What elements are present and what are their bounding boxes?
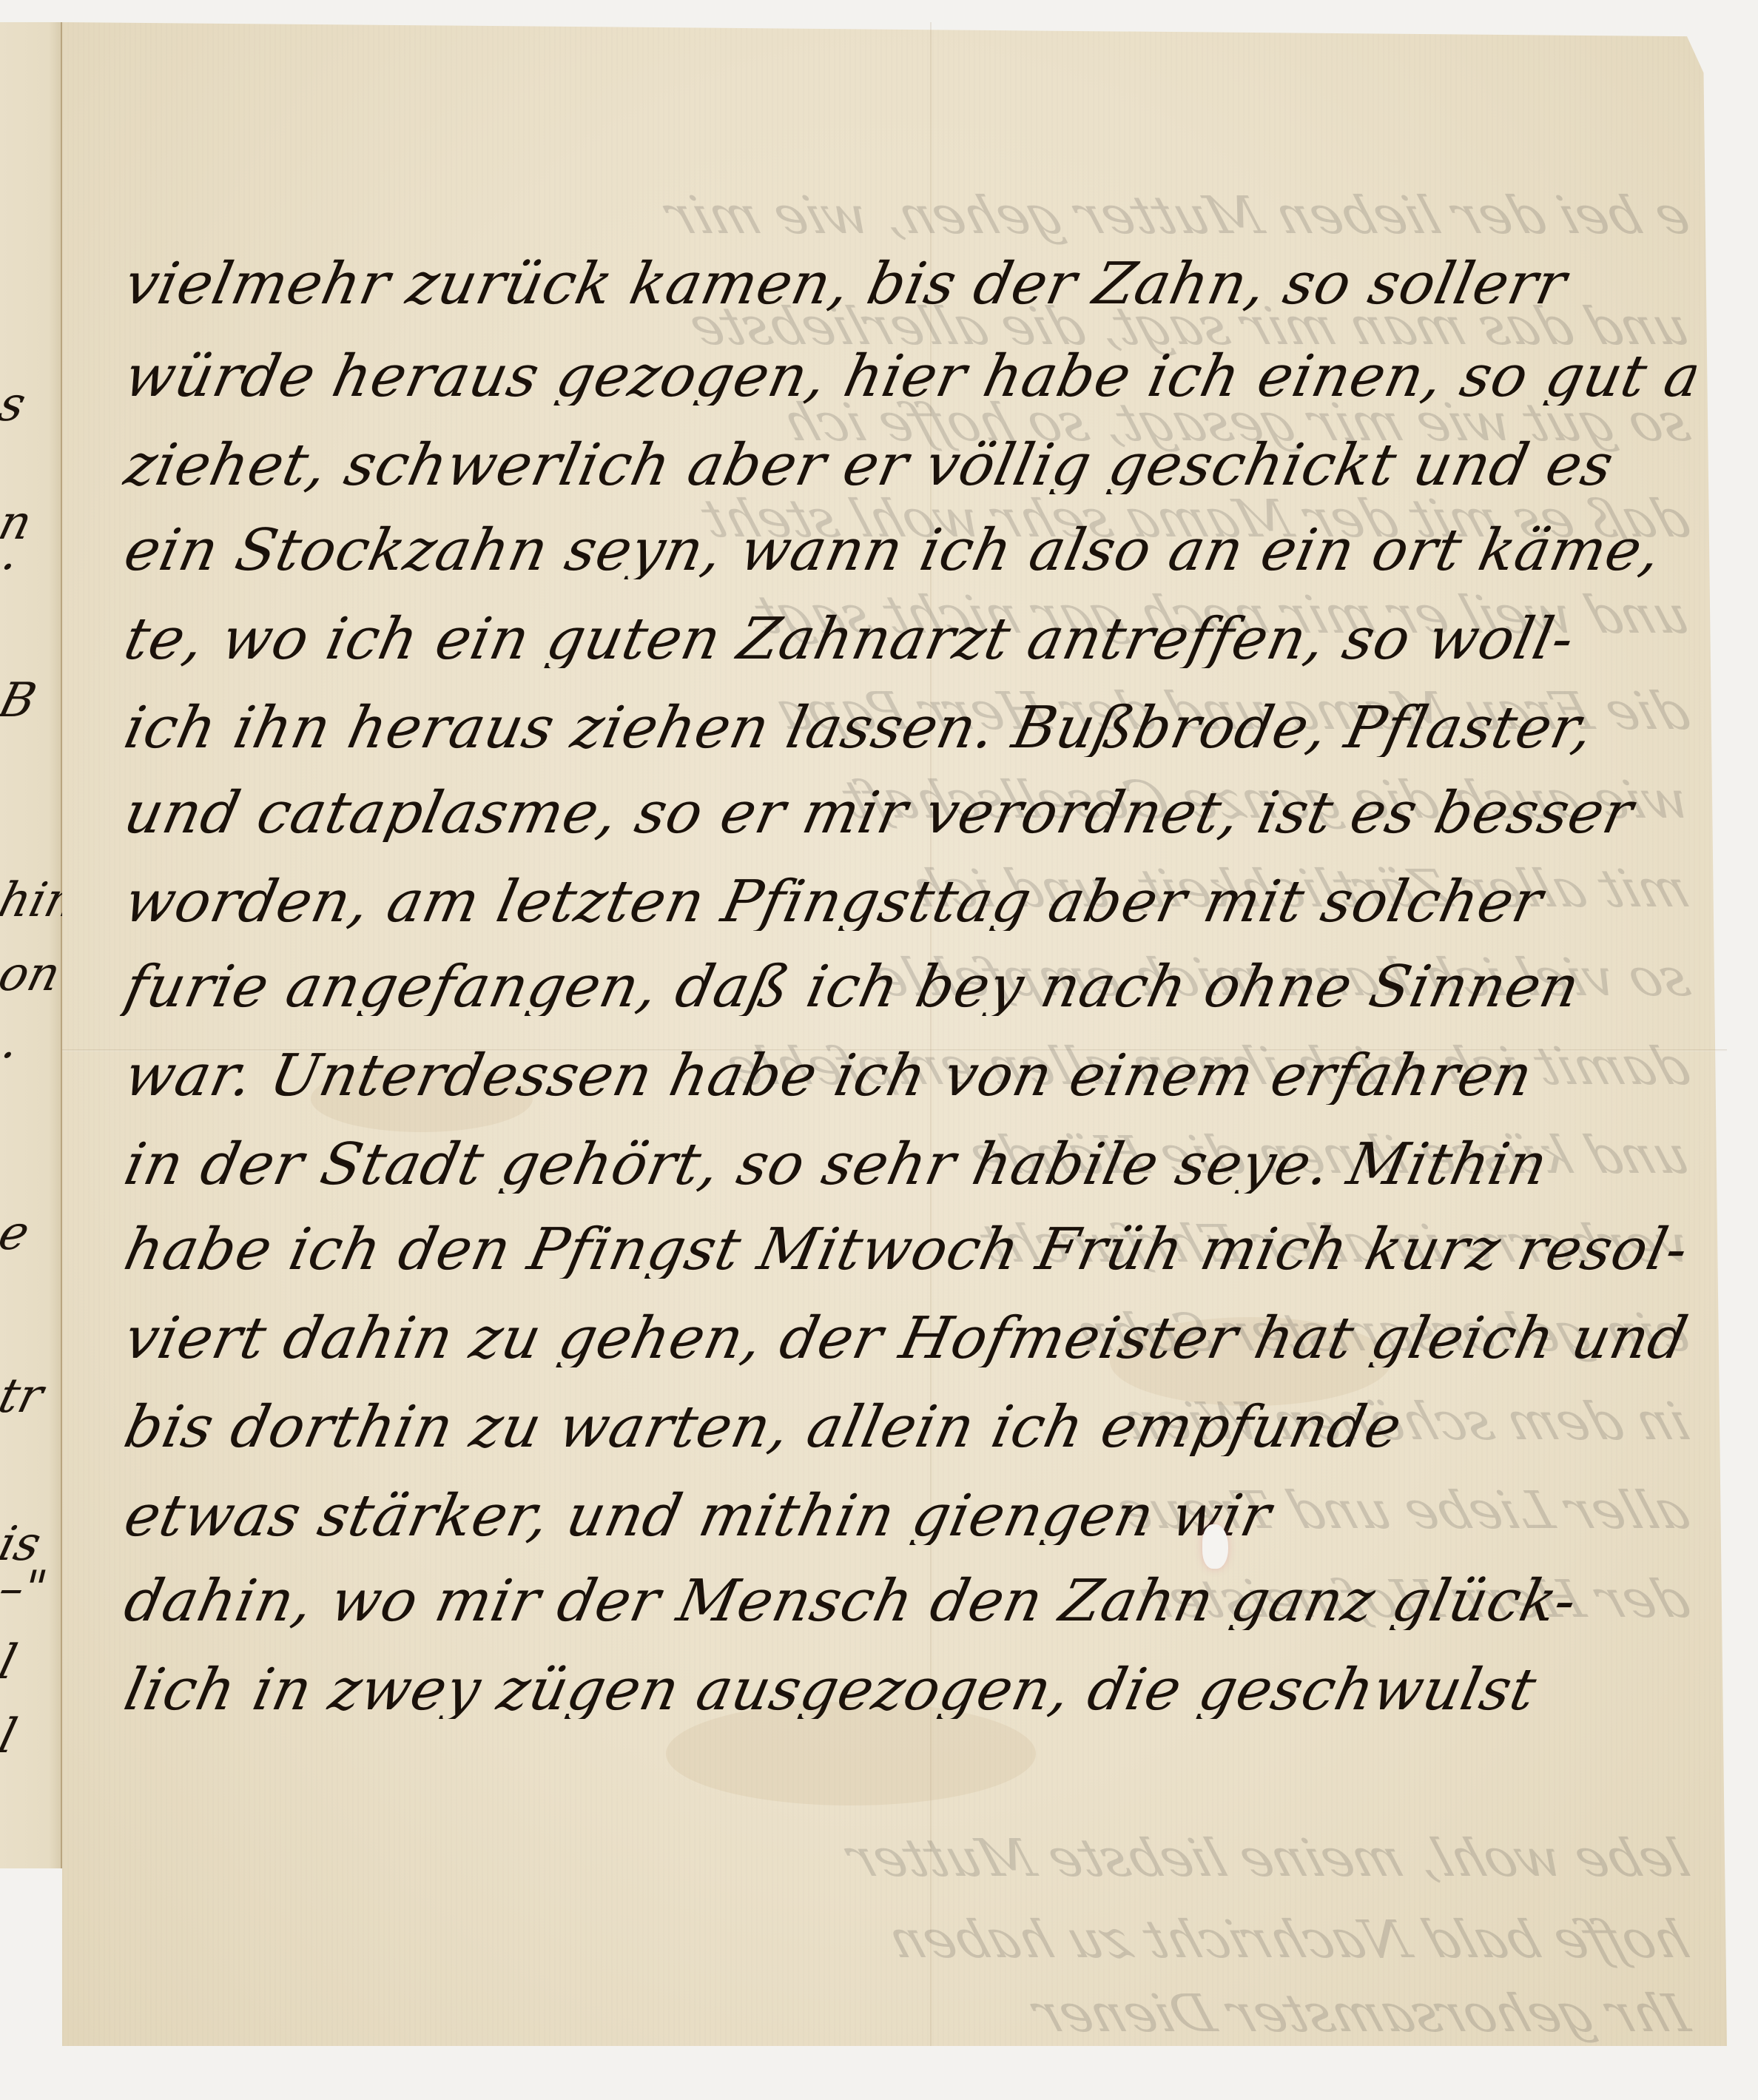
handwritten-line: würde heraus gezogen, hier habe ich eine… (120, 348, 1701, 405)
handwritten-line: war. Unterdessen habe ich von einem erfa… (120, 1047, 1701, 1105)
handwritten-line: ziehet, schwerlich aber er völlig geschi… (120, 437, 1701, 494)
handwritten-line: vielmehr zurück kamen, bis der Zahn, so … (120, 255, 1701, 313)
handwritten-line: lich in zwey zügen ausgezogen, die gesch… (120, 1661, 1701, 1719)
handwritten-line: worden, am letzten Pfingsttag aber mit s… (120, 873, 1701, 931)
handwritten-line: bis dorthin zu warten, allein ich empfun… (120, 1399, 1701, 1456)
left-facing-page-strip: s n · B hine on · e tr is –" l l (0, 22, 62, 1868)
handwritten-line: habe ich den Pfingst Mitwoch Früh mich k… (120, 1221, 1701, 1279)
left-page-fragment: e (0, 1206, 35, 1261)
handwritten-line: furie angefangen, daß ich bey nach ohne … (120, 958, 1701, 1016)
left-page-fragment: · (0, 1029, 22, 1083)
paper-damage-spot (1202, 1524, 1228, 1569)
bleed-through-line: lebe wohl, meine liebste Mutter (124, 1828, 1697, 1888)
left-page-fragment: B (0, 673, 41, 728)
bleed-through-line: hoffe bald Nachricht zu haben (124, 1909, 1697, 1970)
left-page-fragment: l (0, 1635, 22, 1690)
left-page-fragment: l (0, 1709, 22, 1764)
handwritten-line: in der Stadt gehört, so sehr habile seye… (120, 1136, 1701, 1194)
left-page-fragment: –" (0, 1561, 53, 1616)
handwritten-line: und cataplasme, so er mir verordnet, ist… (120, 784, 1701, 842)
bleed-through-line: Ihr gehorsamster Diener (124, 1983, 1697, 2044)
handwritten-line: dahin, wo mir der Mensch den Zahn ganz g… (120, 1572, 1701, 1630)
left-page-fragment: tr (0, 1369, 49, 1424)
handwritten-line: te, wo ich ein guten Zahnarzt antreffen,… (120, 610, 1701, 668)
left-page-fragment: on (0, 947, 66, 1002)
left-page-fragment: s (0, 377, 31, 432)
handwritten-line: ein Stockzahn seyn, wann ich also an ein… (120, 522, 1701, 579)
bleed-through-line: e bei der lieben Mutter gehen, wie mir (124, 185, 1697, 246)
handwritten-line: etwas stärker, und mithin giengen wir (120, 1487, 1701, 1545)
handwritten-line: ich ihn heraus ziehen lassen. Bußbrode, … (120, 699, 1701, 757)
handwritten-line: viert dahin zu gehen, der Hofmeister hat… (120, 1310, 1701, 1367)
